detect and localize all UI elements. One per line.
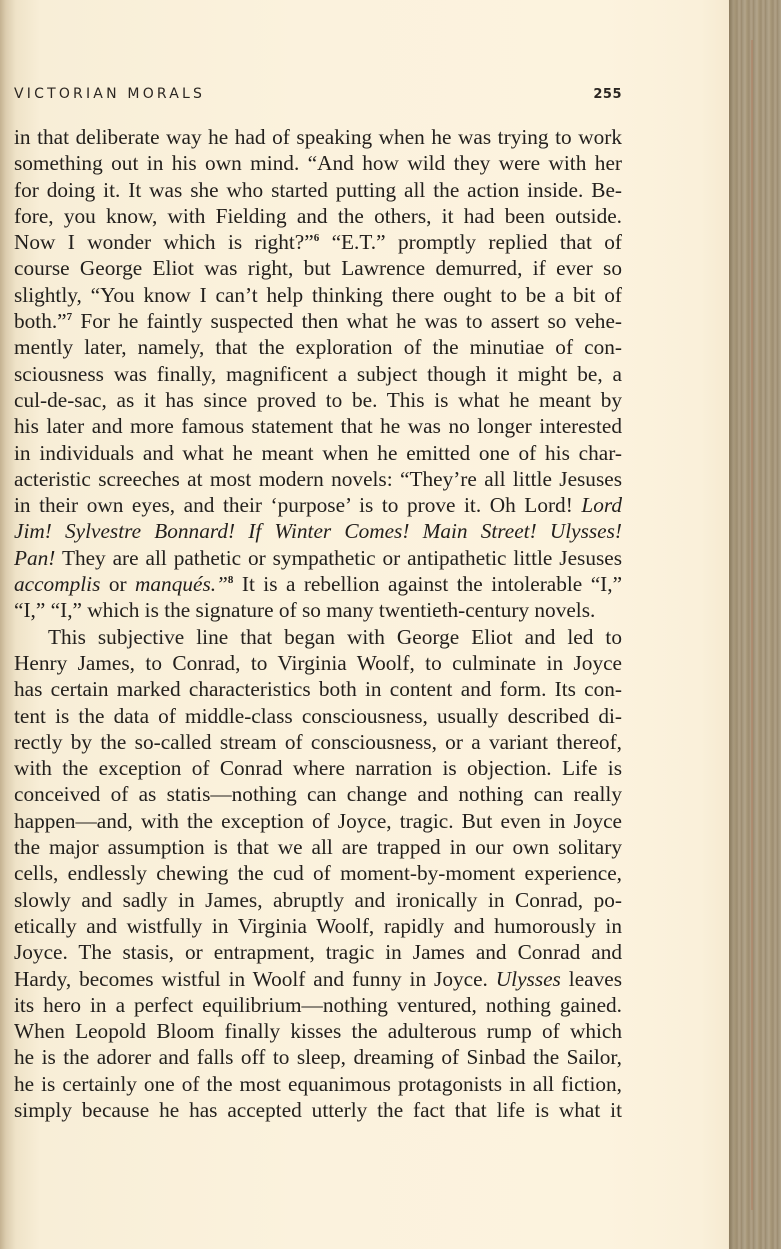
text-line: mently later, namely, that the explorati… xyxy=(14,334,622,360)
footnote-marker: 8 xyxy=(228,574,234,586)
text-segment: “E.T.” promptly replied that of xyxy=(332,230,622,254)
text-segment: both.” xyxy=(14,309,67,333)
text-line: Jim! Sylvestre Bonnard! If Winter Comes!… xyxy=(14,518,622,544)
text-line: in that deliberate way he had of speakin… xyxy=(14,124,622,150)
text-line: rectly by the so-called stream of consci… xyxy=(14,729,622,755)
text-line: in individuals and what he meant when he… xyxy=(14,440,622,466)
italic-title: Lord xyxy=(581,493,622,517)
text-line: in their own eyes, and their ‘purpose’ i… xyxy=(14,492,622,518)
text-line: he is certainly one of the most equanimo… xyxy=(14,1071,622,1097)
page-number: 255 xyxy=(593,87,622,102)
text-line: Now I wonder which is right?”6 “E.T.” pr… xyxy=(14,229,622,255)
text-segment: leaves xyxy=(569,967,622,991)
body-text: in that deliberate way he had of speakin… xyxy=(14,124,622,1123)
text-segment: Now I wonder which is right?” xyxy=(14,230,314,254)
footnote-marker: 7 xyxy=(67,311,73,323)
text-segment: or xyxy=(109,572,127,596)
italic-title: Ulysses xyxy=(496,967,561,991)
text-line: accomplis or manqués.”8 It is a rebellio… xyxy=(14,571,622,597)
text-line: slightly, “You know I can’t help thinkin… xyxy=(14,282,622,308)
text-line: Joyce. The stasis, or entrapment, tragic… xyxy=(14,939,622,965)
footnote-marker: 6 xyxy=(314,232,320,244)
text-line: he is the adorer and falls off to sleep,… xyxy=(14,1044,622,1070)
text-line: cul-de-sac, as it has since proved to be… xyxy=(14,387,622,413)
text-line: When Leopold Bloom finally kisses the ad… xyxy=(14,1018,622,1044)
text-line: with the exception of Conrad where narra… xyxy=(14,755,622,781)
italic-word: accomplis xyxy=(14,572,100,596)
text-line: for doing it. It was she who started put… xyxy=(14,177,622,203)
text-line: Pan! They are all pathetic or sympatheti… xyxy=(14,545,622,571)
italic-word: manqués.” xyxy=(135,572,228,596)
text-line: “I,” “I,” which is the signature of so m… xyxy=(14,597,622,623)
text-segment: It is a rebellion against the intolerabl… xyxy=(242,572,622,596)
text-line: cells, endlessly chewing the cud of mome… xyxy=(14,860,622,886)
text-line: the major assumption is that we all are … xyxy=(14,834,622,860)
text-line: conceived of as statis—nothing can chang… xyxy=(14,781,622,807)
text-line: simply because he has accepted utterly t… xyxy=(14,1097,622,1123)
text-line: has certain marked characteristics both … xyxy=(14,676,622,702)
text-line: something out in his own mind. “And how … xyxy=(14,150,622,176)
paragraph-first-line: This subjective line that began with Geo… xyxy=(14,624,622,650)
text-segment: Hardy, becomes wistful in Woolf and funn… xyxy=(14,967,488,991)
text-line: tent is the data of middle-class conscio… xyxy=(14,703,622,729)
text-segment: They are all pathetic or sympathetic or … xyxy=(62,546,622,570)
text-line: slowly and sadly in James, abruptly and … xyxy=(14,887,622,913)
italic-title: Pan! xyxy=(14,546,55,570)
text-segment: For he faintly suspected then what he wa… xyxy=(80,309,622,333)
text-line: happen—and, with the exception of Joyce,… xyxy=(14,808,622,834)
page-edges xyxy=(729,0,781,1252)
text-line: etically and wistfully in Virginia Woolf… xyxy=(14,913,622,939)
book-page: VICTORIAN MORALS 255 in that deliberate … xyxy=(0,0,781,1252)
text-line: both.”7 For he faintly suspected then wh… xyxy=(14,308,622,334)
text-segment: in their own eyes, and their ‘purpose’ i… xyxy=(14,493,573,517)
text-line: its hero in a perfect equilibrium—nothin… xyxy=(14,992,622,1018)
text-line: course George Eliot was right, but Lawre… xyxy=(14,255,622,281)
text-line: Hardy, becomes wistful in Woolf and funn… xyxy=(14,966,622,992)
text-line: his later and more famous statement that… xyxy=(14,413,622,439)
running-title: VICTORIAN MORALS xyxy=(14,86,205,102)
text-line: fore, you know, with Fielding and the ot… xyxy=(14,203,622,229)
text-line: Henry James, to Conrad, to Virginia Wool… xyxy=(14,650,622,676)
text-line: acteristic screeches at most modern nove… xyxy=(14,466,622,492)
running-head: VICTORIAN MORALS 255 xyxy=(14,82,622,106)
text-line: sciousness was finally, magnificent a su… xyxy=(14,361,622,387)
